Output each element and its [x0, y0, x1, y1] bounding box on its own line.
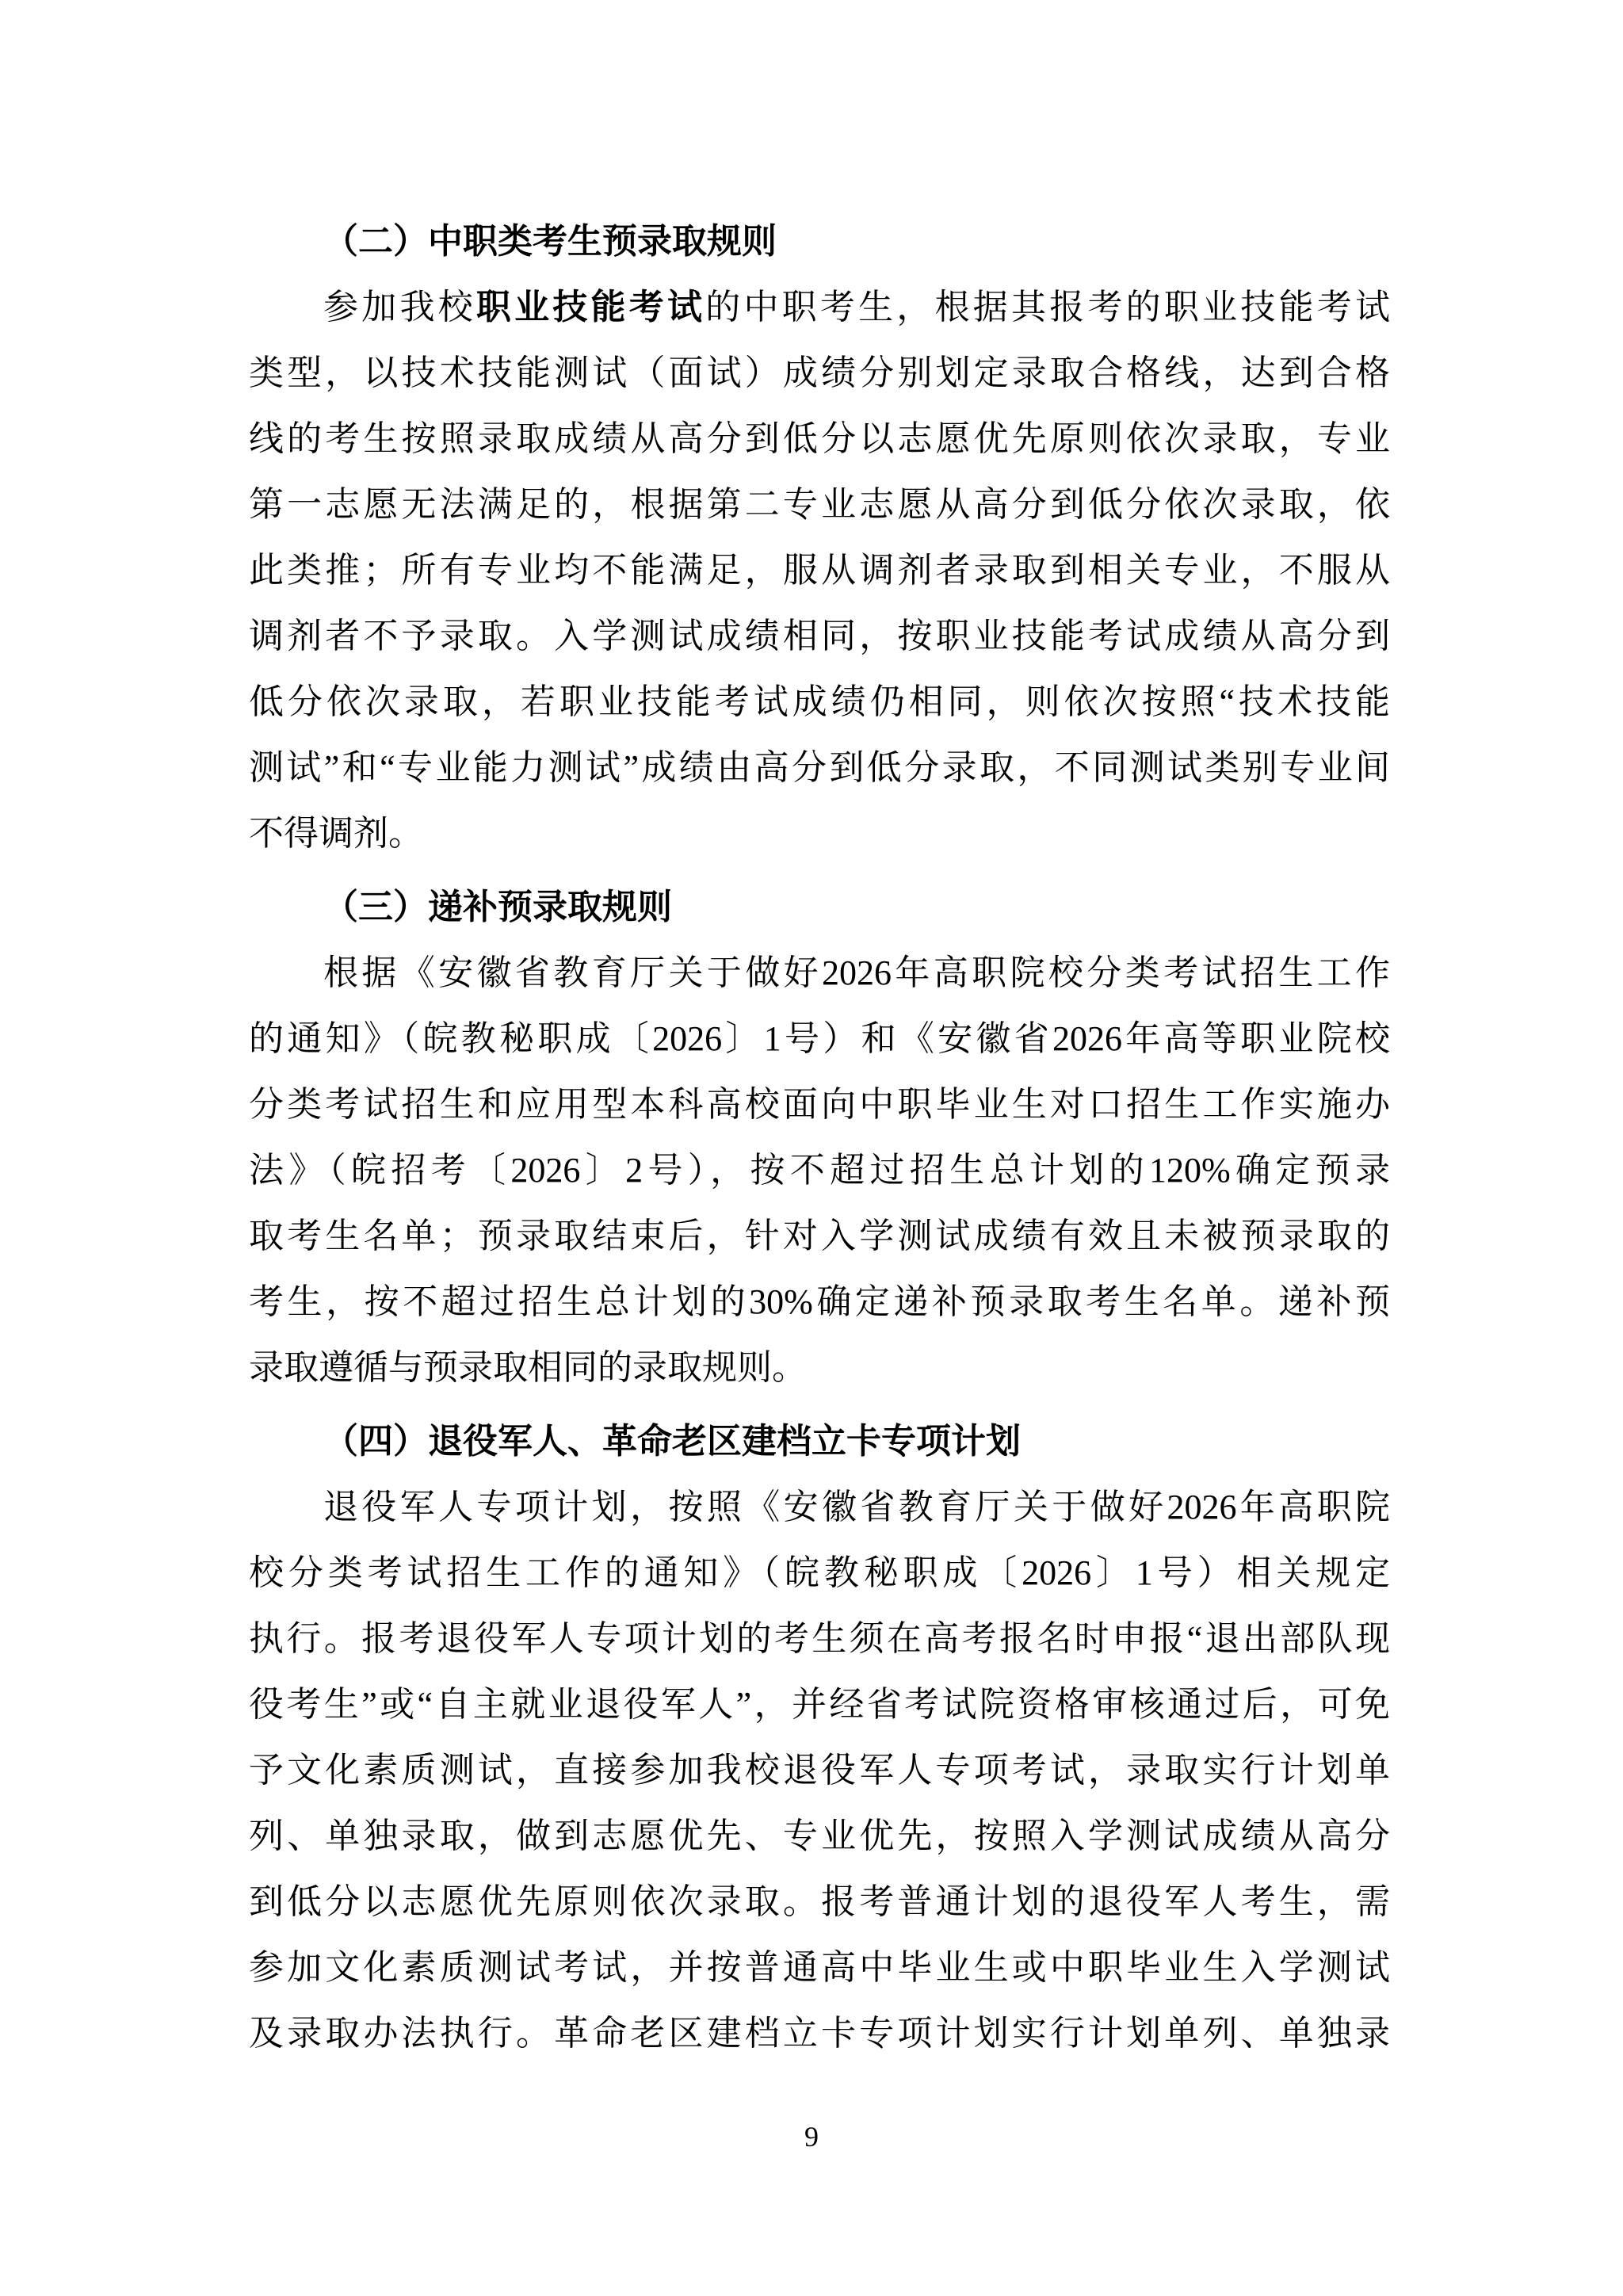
text-line: 线的考生按照录取成绩从高分到低分以志愿优先原则依次录取，专业	[249, 406, 1390, 472]
text-line: 录取遵循与预录取相同的录取规则。	[249, 1335, 1390, 1400]
text-line: 取考生名单；预录取结束后，针对入学测试成绩有效且未被预录取的	[249, 1203, 1390, 1269]
text-line: 考生，按不超过招生总计划的30%确定递补预录取考生名单。递补预	[249, 1269, 1390, 1335]
text-line: 役考生”或“自主就业退役军人”，并经省考试院资格审核通过后，可免	[249, 1671, 1390, 1737]
text-line: 参加我校职业技能考试的中职考生，根据其报考的职业技能考试	[249, 274, 1390, 340]
text-line: 的通知》（皖教秘职成〔2026〕1号）和《安徽省2026年高等职业院校	[249, 1006, 1390, 1072]
paragraph: 根据《安徽省教育厅关于做好2026年高职院校分类考试招生工作 的通知》（皖教秘职…	[249, 940, 1390, 1400]
text-line: 参加文化素质测试考试，并按普通高中毕业生或中职毕业生入学测试	[249, 1935, 1390, 2000]
section-heading: （二）中职类考生预录取规则	[249, 208, 1390, 274]
page-number: 9	[0, 2118, 1623, 2156]
text-line: 及录取办法执行。革命老区建档立卡专项计划实行计划单列、单独录	[249, 2000, 1390, 2066]
document-page: （二）中职类考生预录取规则 参加我校职业技能考试的中职考生，根据其报考的职业技能…	[0, 0, 1623, 2296]
text-segment: 的中职考生，根据其报考的职业技能考试	[705, 288, 1390, 327]
text-line: 低分依次录取，若职业技能考试成绩仍相同，则依次按照“技术技能	[249, 669, 1390, 735]
text-line: 退役军人专项计划，按照《安徽省教育厅关于做好2026年高职院	[249, 1474, 1390, 1540]
text-line: 测试”和“专业能力测试”成绩由高分到低分录取，不同测试类别专业间	[249, 735, 1390, 800]
text-line: 予文化素质测试，直接参加我校退役军人专项考试，录取实行计划单	[249, 1737, 1390, 1803]
text-line: 类型，以技术技能测试（面试）成绩分别划定录取合格线，达到合格	[249, 340, 1390, 406]
text-line: 执行。报考退役军人专项计划的考生须在高考报名时申报“退出部队现	[249, 1606, 1390, 1671]
text-line: 调剂者不予录取。入学测试成绩相同，按职业技能考试成绩从高分到	[249, 603, 1390, 669]
paragraph: 退役军人专项计划，按照《安徽省教育厅关于做好2026年高职院 校分类考试招生工作…	[249, 1474, 1390, 2066]
page-content: （二）中职类考生预录取规则 参加我校职业技能考试的中职考生，根据其报考的职业技能…	[249, 208, 1390, 2066]
text-line: 列、单独录取，做到志愿优先、专业优先，按照入学测试成绩从高分	[249, 1803, 1390, 1869]
text-line: 法》（皖招考〔2026〕2号），按不超过招生总计划的120%确定预录	[249, 1137, 1390, 1203]
section-heading: （四）退役军人、革命老区建档立卡专项计划	[249, 1408, 1390, 1474]
text-segment: 参加我校	[323, 288, 476, 327]
bold-emphasis: 职业技能考试	[476, 288, 705, 327]
section-heading: （三）递补预录取规则	[249, 874, 1390, 940]
text-line: 此类推；所有专业均不能满足，服从调剂者录取到相关专业，不服从	[249, 537, 1390, 603]
text-line: 不得调剂。	[249, 800, 1390, 866]
text-line: 根据《安徽省教育厅关于做好2026年高职院校分类考试招生工作	[249, 940, 1390, 1006]
text-line: 到低分以志愿优先原则依次录取。报考普通计划的退役军人考生，需	[249, 1869, 1390, 1935]
text-line: 分类考试招生和应用型本科高校面向中职毕业生对口招生工作实施办	[249, 1072, 1390, 1137]
text-line: 第一志愿无法满足的，根据第二专业志愿从高分到低分依次录取，依	[249, 472, 1390, 537]
text-line: 校分类考试招生工作的通知》（皖教秘职成〔2026〕1号）相关规定	[249, 1540, 1390, 1606]
paragraph: 参加我校职业技能考试的中职考生，根据其报考的职业技能考试 类型，以技术技能测试（…	[249, 274, 1390, 866]
